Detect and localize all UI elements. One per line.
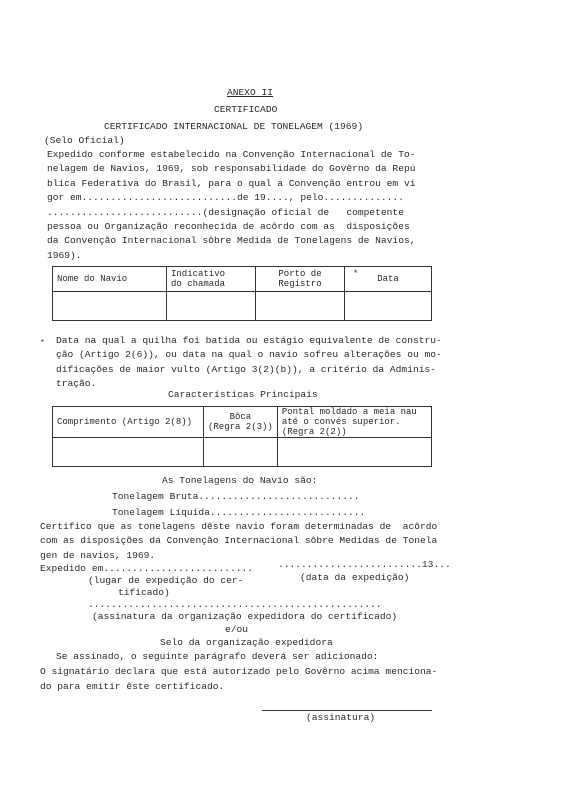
signature-caption: (assinatura)	[306, 711, 375, 725]
cell-moulded-depth[interactable]	[277, 438, 431, 467]
intro-line: 1969).	[47, 249, 442, 263]
ship-table: Nome do Navio Indicativo do chamada Port…	[52, 266, 432, 321]
intro-line: ...........................(designação o…	[47, 206, 442, 220]
table-row	[53, 438, 432, 467]
cell-call-sign[interactable]	[167, 292, 256, 321]
intro-line: Expedido conforme estabelecido na Conven…	[47, 148, 442, 162]
cell-length[interactable]	[53, 438, 204, 467]
cell-date[interactable]	[345, 292, 432, 321]
footnote-paragraph: Data na qual a quilha foi batida ou está…	[56, 334, 446, 392]
header-date-label: Data	[377, 274, 399, 284]
declaration-line: do para emitir êste certificado.	[40, 680, 224, 694]
footnote-line: dificações de maior vulto (Artigo 3(2)(b…	[56, 363, 446, 377]
net-tonnage-line[interactable]: Tonelagem Líquida.......................…	[112, 506, 365, 520]
annex-heading: ANEXO II	[227, 86, 273, 100]
header-port-of-registry: Porto de Registro	[256, 267, 345, 292]
header-breadth: Bôca (Regra 2(3))	[204, 407, 278, 438]
footnote-line: ção (Artigo 2(6)), ou data na qual o nav…	[56, 348, 446, 362]
intro-line: pessoa ou Organização reconhecida de acô…	[47, 220, 442, 234]
header-moulded-depth: Pontal moldado a meia nau até o convés s…	[277, 407, 431, 438]
certify-line: com as disposições da Convenção Internac…	[40, 534, 450, 548]
tonnages-title: As Tonelagens do Navio são:	[162, 474, 317, 488]
declaration-line: O signatário declara que está autorizado…	[40, 665, 437, 679]
intro-paragraph: Expedido conforme estabelecido na Conven…	[47, 148, 442, 263]
characteristics-header-row: Comprimento (Artigo 2(8)) Bôca (Regra 2(…	[53, 407, 432, 438]
certify-line: Certifico que as tonelagens dêste navio …	[40, 520, 450, 534]
cell-breadth[interactable]	[204, 438, 278, 467]
characteristics-title: Características Principais	[168, 388, 318, 402]
footnote-marker: *	[40, 337, 45, 351]
table-row	[53, 292, 432, 321]
intro-line: blica Federativa do Brasil, para o qual …	[47, 177, 442, 191]
intro-line: da Convenção Internacional sôbre Medida …	[47, 234, 442, 248]
header-call-sign: Indicativo do chamada	[167, 267, 256, 292]
intro-line: gor em...........................de 19..…	[47, 191, 442, 205]
ship-table-header-row: Nome do Navio Indicativo do chamada Port…	[53, 267, 432, 292]
if-signed-note: Se assinado, o seguinte parágrafo deverá…	[56, 650, 378, 664]
cell-ship-name[interactable]	[53, 292, 167, 321]
certificate-heading: CERTIFICADO	[214, 103, 277, 117]
gross-tonnage-line[interactable]: Tonelagem Bruta.........................…	[112, 490, 360, 504]
org-seal-label: Selo da organização expedidora	[160, 636, 333, 650]
official-seal-label: (Selo Oficial)	[44, 134, 125, 148]
footnote-line: Data na qual a quilha foi batida ou está…	[56, 334, 446, 348]
date-caption: (data da expedição)	[300, 571, 409, 585]
header-length: Comprimento (Artigo 2(8))	[53, 407, 204, 438]
asterisk-marker: *	[353, 269, 358, 279]
intro-line: nelagem de Navios, 1969, sob responsabil…	[47, 162, 442, 176]
header-ship-name: Nome do Navio	[53, 267, 167, 292]
characteristics-table: Comprimento (Artigo 2(8)) Bôca (Regra 2(…	[52, 406, 432, 467]
certificate-title: CERTIFICADO INTERNACIONAL DE TONELAGEM (…	[104, 120, 363, 134]
certify-paragraph: Certifico que as tonelagens dêste navio …	[40, 520, 450, 563]
cell-port-of-registry[interactable]	[256, 292, 345, 321]
header-date: * Data	[345, 267, 432, 292]
